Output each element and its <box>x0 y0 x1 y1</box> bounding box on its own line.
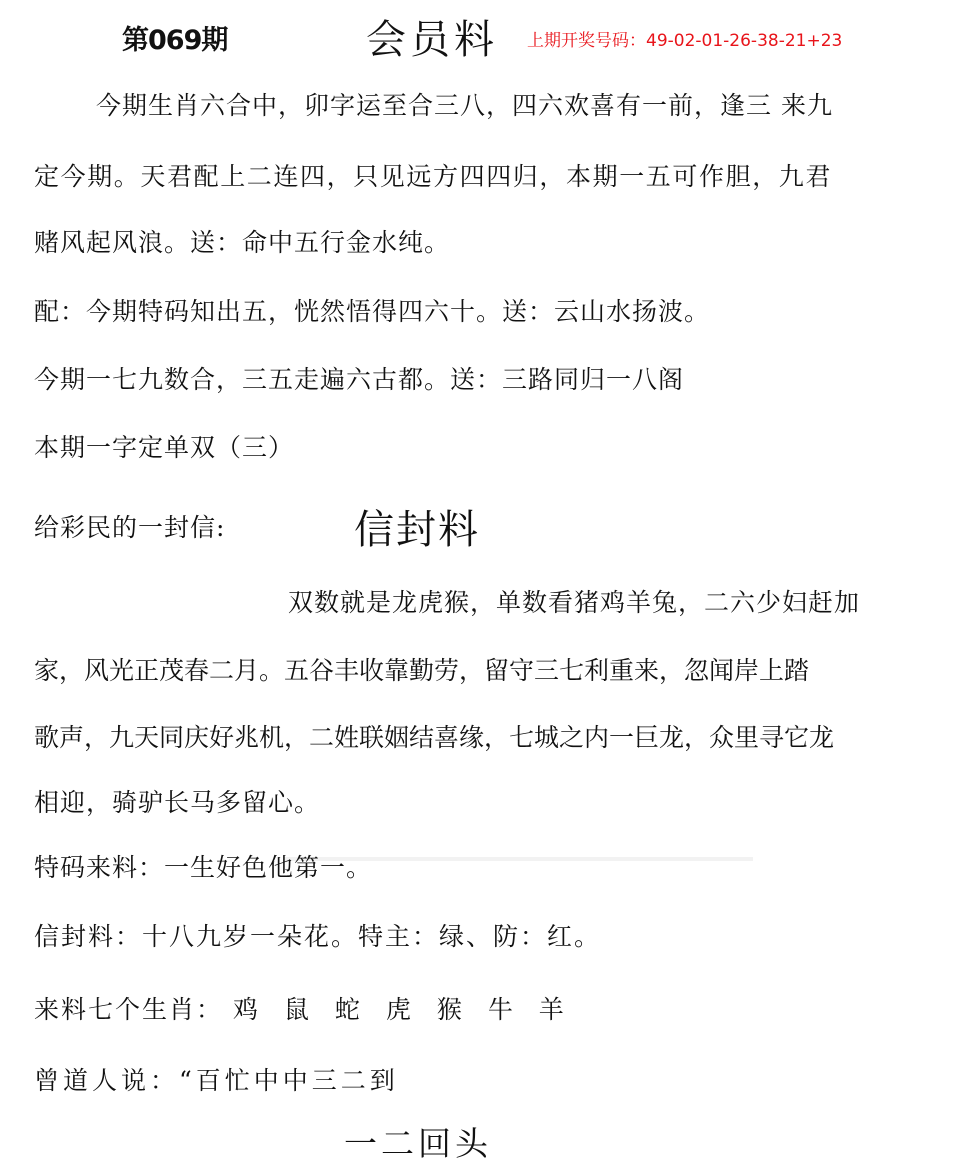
envelope-title: 信封料 <box>354 498 480 555</box>
letter-line-4: 相迎，骑驴长马多留心。 <box>34 783 320 819</box>
seven-zodiacs-label: 来料七个生肖： <box>34 995 223 1024</box>
last-draw-numbers: 上期开奖号码：49-02-01-26-38-21+23 <box>527 26 842 51</box>
seven-zodiacs-row: 来料七个生肖： 鸡 鼠 蛇 虎 猴 牛 羊 <box>34 990 566 1026</box>
letter-line-2: 家，风光正茂春二月。五谷丰收靠勤劳，留守三七利重来，忽闻岸上踏 <box>34 651 809 687</box>
taoist-saying: 曾道人说：“百忙中中三二到 <box>34 1061 399 1097</box>
odd-even-line: 本期一字定单双（三） <box>34 428 294 464</box>
zodiac-monkey: 猴 <box>437 995 464 1024</box>
special-code-line: 特码来料：一生好色他第一。 <box>34 848 372 884</box>
issue-number: 第069期 <box>122 18 227 57</box>
envelope-info-line: 信封料：十八九岁一朵花。特主：绿、防：红。 <box>34 917 601 953</box>
letter-label: 给彩民的一封信: <box>34 508 225 544</box>
zodiac-goat: 羊 <box>539 995 566 1024</box>
page-title: 会员料 <box>366 8 498 65</box>
zodiac-tiger: 虎 <box>386 995 413 1024</box>
final-line: 一二回头 <box>344 1118 492 1164</box>
prophecy-line-3: 赌风起风浪。送：命中五行金水纯。 <box>34 223 450 259</box>
letter-line-1: 双数就是龙虎猴，单数看猪鸡羊兔，二六少妇赶加 <box>288 583 860 619</box>
prophecy-line-1: 今期生肖六合中，卯字运至合三八，四六欢喜有一前，逢三 来九 <box>96 86 833 122</box>
zodiac-snake: 蛇 <box>335 995 362 1024</box>
pairing-line: 配：今期特码知出五，恍然悟得四六十。送：云山水扬波。 <box>34 292 710 328</box>
zodiac-rat: 鼠 <box>284 995 311 1024</box>
letter-line-3: 歌声，九天同庆好兆机，二姓联姻结喜缘，七城之内一巨龙，众里寻它龙 <box>34 718 834 754</box>
zodiac-ox: 牛 <box>488 995 515 1024</box>
prophecy-line-2: 定今期。天君配上二连四，只见远方四四归，本期一五可作胆，九君 <box>34 157 832 193</box>
zodiac-rooster: 鸡 <box>233 995 260 1024</box>
combo-line: 今期一七九数合，三五走遍六古都。送：三路同归一八阁 <box>34 360 684 396</box>
